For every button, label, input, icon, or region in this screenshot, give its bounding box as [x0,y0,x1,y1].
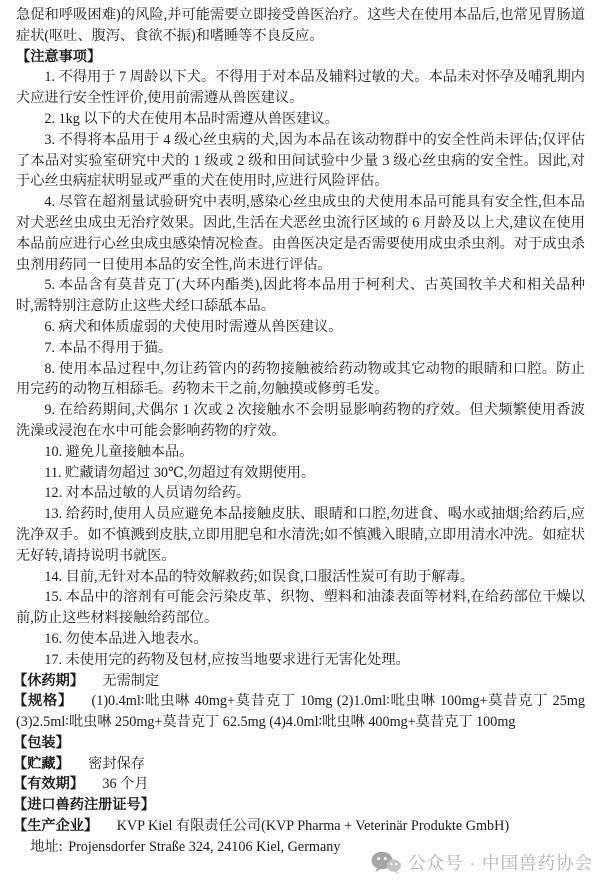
field-label: 【规格】 [13,693,73,709]
notice-item-11: 11. 贮藏请勿超过 30℃,勿超过有效期使用。 [16,463,585,484]
notice-item-7: 7. 本品不得用于猫。 [16,338,585,359]
field-label: 【休药期】 [13,673,84,689]
field-value: 36 个月 [102,776,148,792]
field-label: 【有效期】 [13,776,84,792]
field-value: (1)0.4ml∶吡虫啉 40mg+莫昔克丁 10mg (2)1.0ml∶吡虫啉… [16,693,585,730]
notice-item-9: 9. 在给药期间,犬偶尔 1 次或 2 次接触水不会明显影响药物的疗效。但犬频繁… [16,400,585,442]
notice-item-4: 4. 尽管在超剂量试验研究中表明,感染心丝虫成虫的犬使用本品可能具有安全性,但本… [16,192,585,275]
notice-item-10: 10. 避免儿童接触本品。 [16,442,585,463]
notice-item-13: 13. 给药时,使用人员应避免本品接触皮肤、眼睛和口腔,勿进食、喝水或抽烟;给药… [16,504,585,566]
watermark-text: 公众号 · 中国兽药协会 [408,850,593,875]
field-label: 【生产企业】 [13,818,98,834]
notice-item-5: 5. 本品含有莫昔克丁(大环内酯类),因此将本品用于柯利犬、古英国牧羊犬和相关品… [16,275,585,317]
notice-item-8: 8. 使用本品过程中,勿让药管内的药物接触被给药动物或其它动物的眼睛和口腔。防止… [16,359,585,401]
field-value: 密封保存 [88,756,145,772]
address-label: 地址: [30,839,62,855]
notice-item-3: 3. 不得将本品用于 4 级心丝虫病的犬,因为本品在该动物群中的安全性尚未评估;… [16,130,585,192]
field-value: KVP Kiel 有限责任公司(KVP Pharma + Veterinär P… [117,818,509,834]
drug-insert-page: 急促和呼吸困难)的风险,并可能需要立即接受兽医治疗。这些犬在使用本品后,也常见胃… [0,0,600,886]
field-label: 【包装】 [13,735,70,751]
field-label: 【进口兽药注册证号】 [13,797,155,813]
wechat-icon [371,851,401,874]
notice-item-6: 6. 病犬和体质虚弱的犬使用时需遵从兽医建议。 [16,317,585,338]
notice-item-1: 1. 不得用于 7 周龄以下犬。不得用于对本品及辅料过敏的犬。本品未对怀孕及哺乳… [16,67,585,109]
intro-paragraph: 急促和呼吸困难)的风险,并可能需要立即接受兽医治疗。这些犬在使用本品后,也常见胃… [16,5,585,47]
address-value: Projensdorfer Straße 324, 24106 Kiel, Ge… [68,839,340,855]
field-packaging: 【包装】 [16,733,585,754]
field-storage: 【贮藏】密封保存 [16,754,585,775]
notice-item-16: 16. 勿使本品进入地表水。 [16,629,585,650]
field-value: 无需制定 [102,673,159,689]
notice-section-header: 【注意事项】 [16,47,585,68]
field-manufacturer: 【生产企业】KVP Kiel 有限责任公司(KVP Pharma + Veter… [16,816,585,837]
field-registration-number: 【进口兽药注册证号】 [16,795,585,816]
field-specification: 【规格】(1)0.4ml∶吡虫啉 40mg+莫昔克丁 10mg (2)1.0ml… [16,691,585,733]
field-expiry: 【有效期】36 个月 [16,774,585,795]
watermark: 公众号 · 中国兽药协会 [371,849,593,875]
field-withdrawal-period: 【休药期】无需制定 [16,671,585,692]
field-label: 【贮藏】 [13,756,70,772]
notice-item-17: 17. 未使用完的药物及包材,应按当地要求进行无害化处理。 [16,650,585,671]
notice-item-14: 14. 目前,无针对本品的特效解救药;如误食,口服活性炭可有助于解毒。 [16,567,585,588]
notice-item-2: 2. 1kg 以下的犬在使用本品时需遵从兽医建议。 [16,109,585,130]
notice-item-15: 15. 本品中的溶剂有可能会污染皮革、织物、塑料和油漆表面等材料,在给药部位干燥… [16,587,585,629]
notice-item-12: 12. 对本品过敏的人员请勿给药。 [16,483,585,504]
